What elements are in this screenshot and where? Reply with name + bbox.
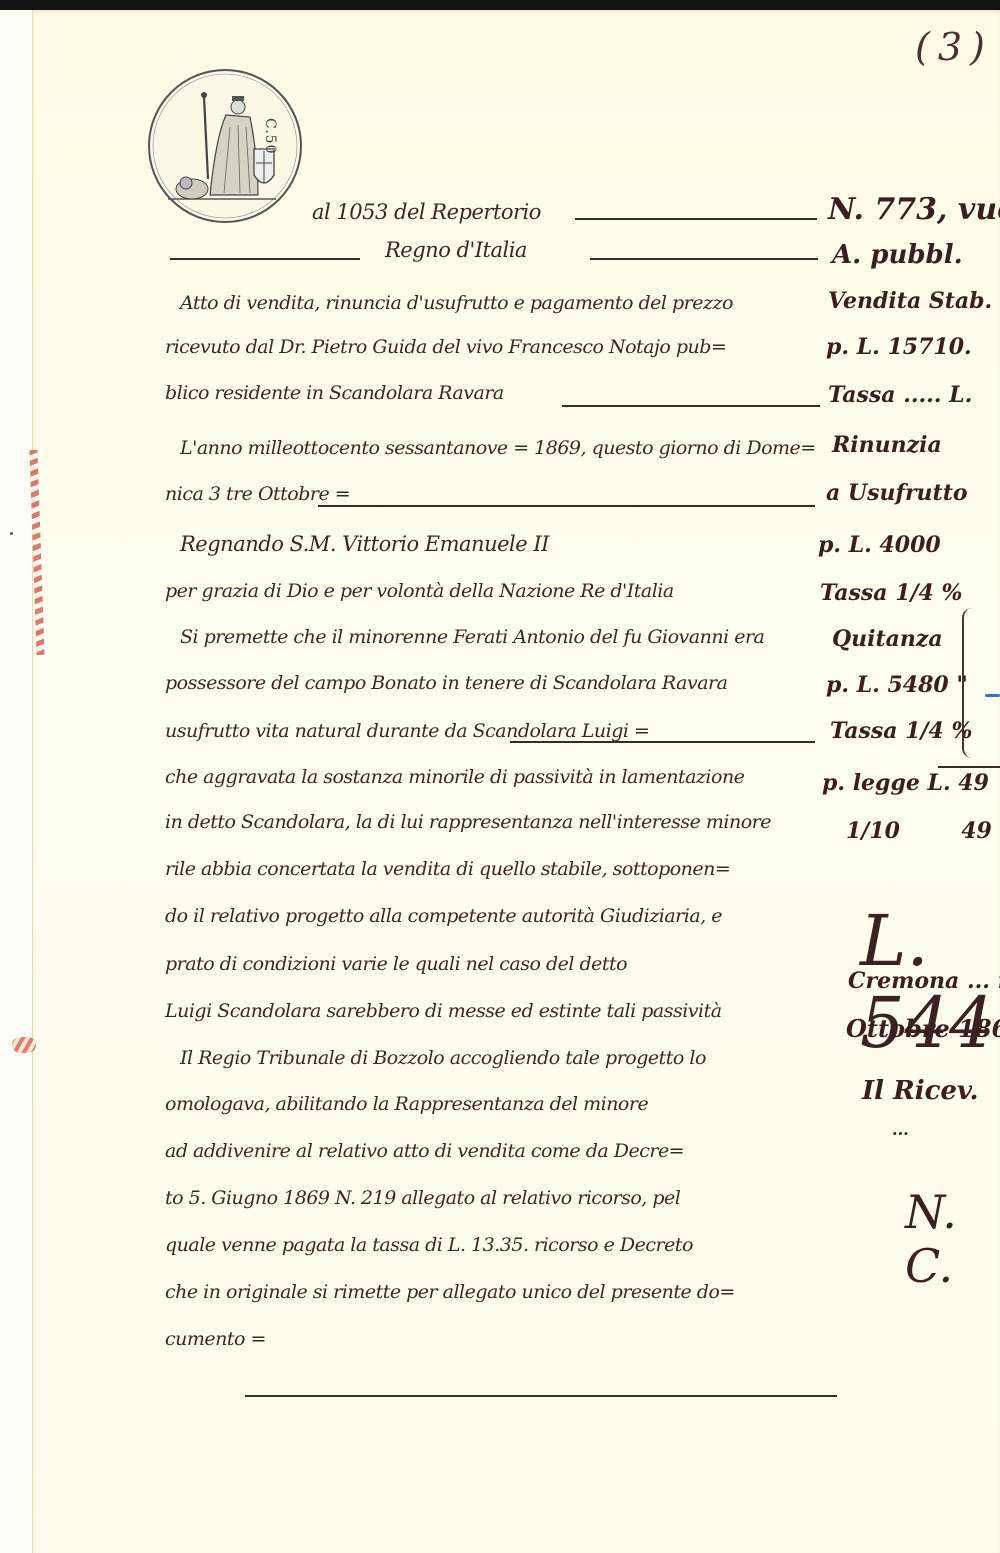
- margin-receiver-sig: ...: [892, 1120, 909, 1139]
- blue-pencil-mark: [985, 694, 1000, 697]
- body-line-10: usufrutto vita natural durante da Scando…: [165, 720, 649, 742]
- body-line-2: ricevuto dal Dr. Pietro Guida del vivo F…: [165, 336, 726, 358]
- margin-tenth: 1/10 49: [846, 818, 992, 844]
- body-line-8: Si premette che il minorenne Ferati Anto…: [180, 626, 764, 648]
- italia-seal-icon: [146, 67, 304, 225]
- body-line-19: ad addivenire al relativo atto di vendit…: [165, 1140, 684, 1162]
- margin-receipt: Quitanza: [832, 626, 943, 652]
- header-rule-2a: [170, 258, 360, 260]
- kingdom-line: Regno d'Italia: [385, 238, 527, 262]
- body-line-5: nica 3 tre Ottobre =: [165, 483, 350, 505]
- margin-tax-3: Tassa 1/4 %: [830, 718, 972, 744]
- margin-usufruct-amount: p. L. 4000: [818, 532, 941, 558]
- body-line-11: che aggravata la sostanza minorile di pa…: [165, 766, 744, 788]
- body-line-23: cumento =: [165, 1328, 266, 1350]
- margin-sum-rule: [938, 766, 1000, 768]
- body-rule-3: [562, 405, 820, 407]
- revenue-stamp: [146, 67, 304, 225]
- body-line-20: to 5. Giugno 1869 N. 219 allegato al rel…: [165, 1187, 680, 1209]
- margin-repertorio-number: N. 773, vue: [828, 192, 1000, 227]
- signature-fragment: N. C.: [905, 1185, 1000, 1293]
- stamp-value: C.50: [262, 118, 278, 154]
- body-line-9: possessore del campo Bonato in tenere di…: [165, 672, 727, 694]
- page-number: (3): [915, 25, 993, 69]
- body-line-15: prato di condizioni varie le quali nel c…: [165, 953, 627, 975]
- margin-receiver: Il Ricev.: [862, 1076, 979, 1106]
- scan-left-margin: [0, 10, 32, 1553]
- margin-date: Ottobre 1869: [846, 1014, 1000, 1043]
- body-line-17: Il Regio Tribunale di Bozzolo accogliend…: [180, 1047, 706, 1069]
- body-line-16: Luigi Scandolara sarebbero di messe ed e…: [165, 1000, 722, 1022]
- body-line-7: per grazia di Dio e per volontà della Na…: [165, 580, 674, 602]
- scan-top-border: [0, 0, 1000, 10]
- body-line-21: quale venne pagata la tassa di L. 13.35.…: [165, 1234, 693, 1256]
- body-rule-5: [318, 505, 815, 507]
- margin-receipt-amount: p. L. 5480 ": [826, 672, 968, 698]
- margin-brace: [962, 608, 978, 758]
- margin-publication: A. pubbl.: [832, 240, 963, 270]
- margin-renunciation: Rinunzia: [832, 432, 942, 458]
- body-line-22: che in originale si rimette per allegato…: [165, 1281, 735, 1303]
- body-rule-10: [510, 741, 815, 743]
- header-rule-2b: [590, 258, 818, 260]
- closing-rule: [245, 1395, 837, 1397]
- body-line-14: do il relativo progetto alla competente …: [165, 905, 722, 927]
- margin-sale-amount: p. L. 15710.: [826, 334, 972, 360]
- body-line-3: blico residente in Scandolara Ravara: [165, 382, 504, 404]
- margin-tax-2: Tassa 1/4 %: [820, 580, 962, 606]
- margin-place: Cremona ... magg.: [848, 968, 1000, 994]
- repertorio-line: al 1053 del Repertorio: [312, 200, 541, 224]
- margin-usufruct: a Usufrutto: [826, 480, 968, 506]
- margin-sale: Vendita Stab.: [828, 288, 992, 314]
- body-line-13: rile abbia concertata la vendita di quel…: [165, 858, 730, 880]
- body-line-6: Regnando S.M. Vittorio Emanuele II: [180, 532, 549, 556]
- body-line-1: Atto di vendita, rinuncia d'usufrutto e …: [180, 292, 733, 314]
- binding-knot: [12, 1037, 36, 1053]
- paper-speck: [10, 532, 13, 535]
- margin-tax-1: Tassa ..... L.: [828, 382, 972, 408]
- margin-legal-tax: p. legge L. 49: [822, 770, 989, 796]
- body-line-18: omologava, abilitando la Rappresentanza …: [165, 1093, 648, 1115]
- body-line-4: L'anno milleottocento sessantanove = 186…: [180, 437, 816, 459]
- body-line-12: in detto Scandolara, la di lui rappresen…: [165, 811, 771, 833]
- header-rule-1: [575, 218, 817, 220]
